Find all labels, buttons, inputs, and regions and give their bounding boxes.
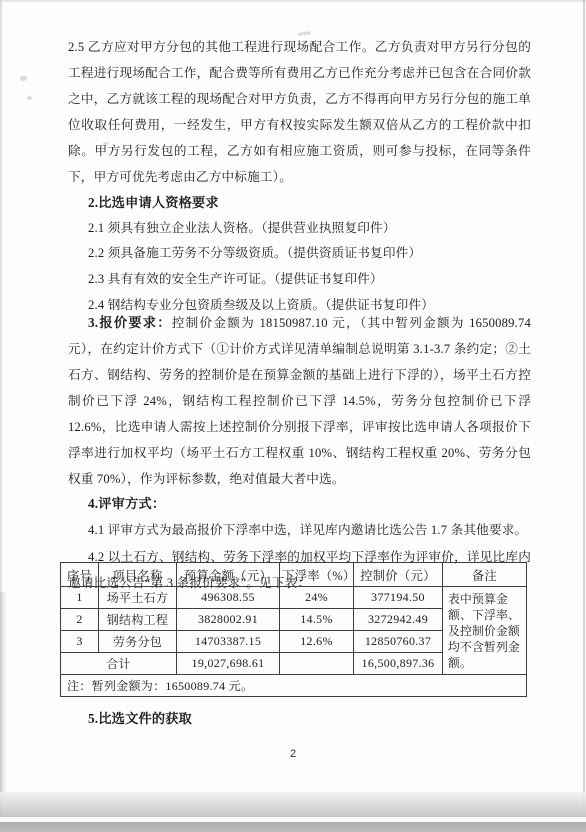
cell-control: 3272942.49 — [354, 609, 443, 631]
scan-shadow-band — [0, 792, 586, 818]
cell-name: 劳务分包 — [99, 631, 177, 653]
cell-no: 3 — [61, 631, 99, 653]
total-label: 合计 — [61, 653, 177, 675]
table-note-row: 注：暂列金额为：1650089.74 元。 — [61, 675, 527, 697]
header-control: 控制价（元） — [354, 563, 443, 587]
total-control: 16,500,897.36 — [354, 653, 443, 675]
cell-control: 12850760.37 — [354, 631, 443, 653]
section-5-heading: 5.比选文件的获取 — [88, 708, 192, 727]
total-budget: 19,027,698.61 — [177, 653, 280, 675]
section-3-label: 3.报价要求： — [88, 315, 172, 330]
section-2-heading: 2.比选申请人资格要求 — [88, 190, 538, 216]
header-remark: 备注 — [443, 563, 527, 587]
cell-name: 钢结构工程 — [99, 609, 177, 631]
cell-control: 377194.50 — [354, 587, 443, 609]
qualification-item-2-2: 2.2 须具备施工劳务不分等级资质。（提供资质证书复印件） — [88, 241, 538, 267]
scan-speck — [20, 76, 27, 81]
cell-rate: 14.5% — [280, 609, 354, 631]
total-rate — [280, 653, 354, 675]
section-2-qualifications: 2.比选申请人资格要求 2.1 须具有独立企业法人资格。（提供营业执照复印件） … — [88, 190, 538, 319]
document-page: 2.5 乙方应对甲方分包的其他工程进行现场配合工作。乙方负责对甲方另行分包的工程… — [0, 0, 586, 832]
scan-speck — [27, 96, 32, 100]
qualification-item-2-1: 2.1 须具有独立企业法人资格。（提供营业执照复印件） — [88, 216, 538, 242]
remark-cell: 表中预算金额、下浮率、及控制价金额均不含暂列金额。 — [443, 587, 527, 675]
cell-no: 1 — [61, 587, 99, 609]
table-header-row: 序号 项目名称 预算金额（元） 下浮率（%） 控制价（元） 备注 — [61, 563, 527, 587]
section-4-heading: 4.评审方式： — [88, 493, 165, 512]
cell-rate: 12.6% — [280, 631, 354, 653]
section-3-body: 控制价金额为 18150987.10 元，（其中暂列金额为 1650089.74… — [68, 316, 531, 486]
header-no: 序号 — [61, 563, 99, 587]
scan-edge-right — [583, 0, 585, 806]
scan-bottom-edge — [0, 822, 586, 832]
header-rate: 下浮率（%） — [280, 563, 354, 587]
header-name: 项目名称 — [99, 563, 177, 587]
review-item-4-1: 4.1 评审方式为最高报价下浮率中选，详见库内邀请比选公告 1.7 条其他要求。 — [88, 519, 533, 538]
table-row: 1 场平土石方 496308.55 24% 377194.50 表中预算金额、下… — [61, 587, 527, 609]
cell-no: 2 — [61, 609, 99, 631]
paragraph-2-5: 2.5 乙方应对甲方分包的其他工程进行现场配合工作。乙方负责对甲方另行分包的工程… — [68, 34, 531, 190]
price-table: 序号 项目名称 预算金额（元） 下浮率（%） 控制价（元） 备注 1 场平土石方… — [60, 562, 526, 697]
cell-name: 场平土石方 — [99, 587, 177, 609]
scan-edge-top — [0, 0, 586, 2]
qualification-item-2-3: 2.3 具有有效的安全生产许可证。（提供证书复印件） — [88, 267, 538, 293]
note-cell: 注：暂列金额为：1650089.74 元。 — [61, 675, 527, 697]
cell-budget: 496308.55 — [177, 587, 280, 609]
cell-budget: 3828002.91 — [177, 609, 280, 631]
section-3-price-requirement: 3.报价要求：控制价金额为 18150987.10 元，（其中暂列金额为 165… — [68, 310, 531, 492]
header-budget: 预算金额（元） — [177, 563, 280, 587]
page-number: 2 — [0, 748, 586, 760]
scan-smudge — [0, 592, 7, 802]
cell-rate: 24% — [280, 587, 354, 609]
cell-budget: 14703387.15 — [177, 631, 280, 653]
